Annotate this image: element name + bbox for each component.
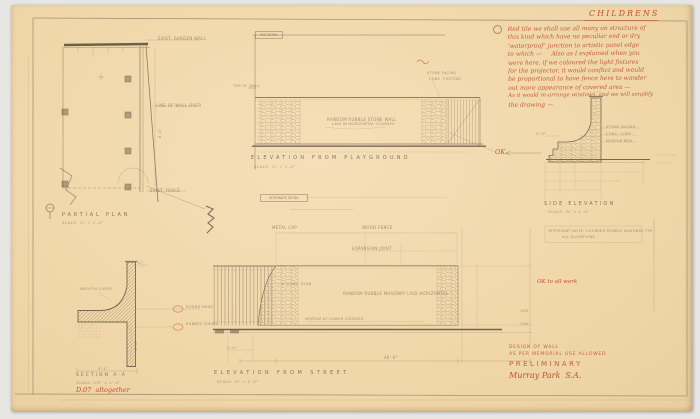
pencil-note: MORTAR AT LOWER COURSES <box>305 317 364 321</box>
pencil-note: EXPANSION JOINT <box>352 246 392 251</box>
label-elevation-street: ELEVATION FROM STREET <box>214 370 350 376</box>
label-elevation-playground: ELEVATION FROM PLAYGROUND <box>251 155 411 161</box>
pencil-note: CONC. CORE <box>606 132 631 136</box>
label-elevation-street-scale: SCALE: ¼" = 1'-0" <box>217 379 258 384</box>
pencil-note: RUBBED FINISH <box>186 322 217 326</box>
sheet-heading: CHILDRENS <box>589 9 659 18</box>
label-partial-plan: PARTIAL PLAN <box>62 212 130 218</box>
pencil-note: STONE FACING <box>606 125 636 129</box>
red-note-line: the drawing — <box>508 100 698 110</box>
pencil-dim: 8'-0" <box>158 128 162 138</box>
scanned-drawing-sheet: CHILDRENS Red tile we shall use all many… <box>0 0 700 419</box>
pencil-note: 4" CONC. SLAB <box>281 282 311 286</box>
pencil-note: CONC. FOOTING <box>429 77 461 81</box>
ok-mark: OK. <box>495 148 507 156</box>
pencil-dim: 3'-0" <box>536 132 546 136</box>
label-partial-plan-scale: SCALE: ¼" = 1'-0" <box>62 220 103 225</box>
pencil-note: METAL CAP <box>272 225 297 230</box>
pencil-note: LINE OF WALL OVER <box>156 103 201 108</box>
detail-tag-top: SEE DETAIL <box>255 31 283 39</box>
ok-note: OK to all work <box>537 279 577 285</box>
street-elevation-drawing <box>213 198 532 365</box>
pencil-note: MORTAR BED <box>606 139 632 143</box>
label-section-scale: SCALE: 1½" = 1'-0" <box>76 380 120 385</box>
partial-plan-drawing <box>46 40 205 219</box>
pencil-note: ALL ELEVATIONS <box>562 235 595 239</box>
label-side-elevation-scale: SCALE: ½" = 1'-0" <box>548 209 589 214</box>
pencil-note: EXIST. FENCE <box>150 188 180 193</box>
title-block-signature: Murray Park S.A. <box>509 371 581 380</box>
pencil-note: IMPORTANT NOTE: COURSED RUBBLE MASONRY T… <box>548 229 653 233</box>
sheet-number-note: D.07 altogether <box>76 386 130 394</box>
detail-tag-bottom: ALTERNATE DETAIL <box>260 194 308 202</box>
pencil-note: ROUND EDGE <box>186 305 213 309</box>
red-handwritten-note: Red tile we shall use all many on struct… <box>508 24 699 110</box>
pencil-dim: 13½ <box>520 322 529 326</box>
label-side-elevation: SIDE ELEVATION <box>544 201 616 207</box>
pencil-dim: 3'-6" <box>134 340 138 350</box>
pencil-dim: 9" <box>138 261 142 265</box>
pencil-dim: 2'-0" <box>227 346 237 350</box>
seat-section-detail <box>545 92 676 243</box>
title-block-status: PRELIMINARY <box>509 360 583 368</box>
title-block-line2: AS PER MEMORIAL USE ALLOWED <box>509 352 606 357</box>
title-block-line1: DESIGN OF WALL <box>509 345 559 350</box>
pencil-note: STONE FACING <box>427 71 457 75</box>
label-elevation-playground-scale: SCALE: ¼" = 1'-0" <box>254 164 295 169</box>
pencil-note: SMOOTH CURVE <box>80 287 112 291</box>
pencil-note: RANDOM RUBBLE MASONRY LAID HORIZONTAL <box>343 291 448 296</box>
red-circle-mark <box>493 25 502 34</box>
pencil-dim: 4'-1" <box>98 367 108 371</box>
label-section: SECTION A-A <box>76 373 127 378</box>
pencil-note: WOOD FENCE <box>362 225 393 230</box>
pencil-note: EXIST. GARDEN WALL <box>158 36 206 41</box>
pencil-note: LAID IN HORIZONTAL COURSES <box>332 122 395 126</box>
pencil-dim: 46'-6" <box>384 355 398 360</box>
pencil-dim: 10½ <box>520 309 529 313</box>
pencil-note: TOP OF WALL <box>233 84 260 88</box>
